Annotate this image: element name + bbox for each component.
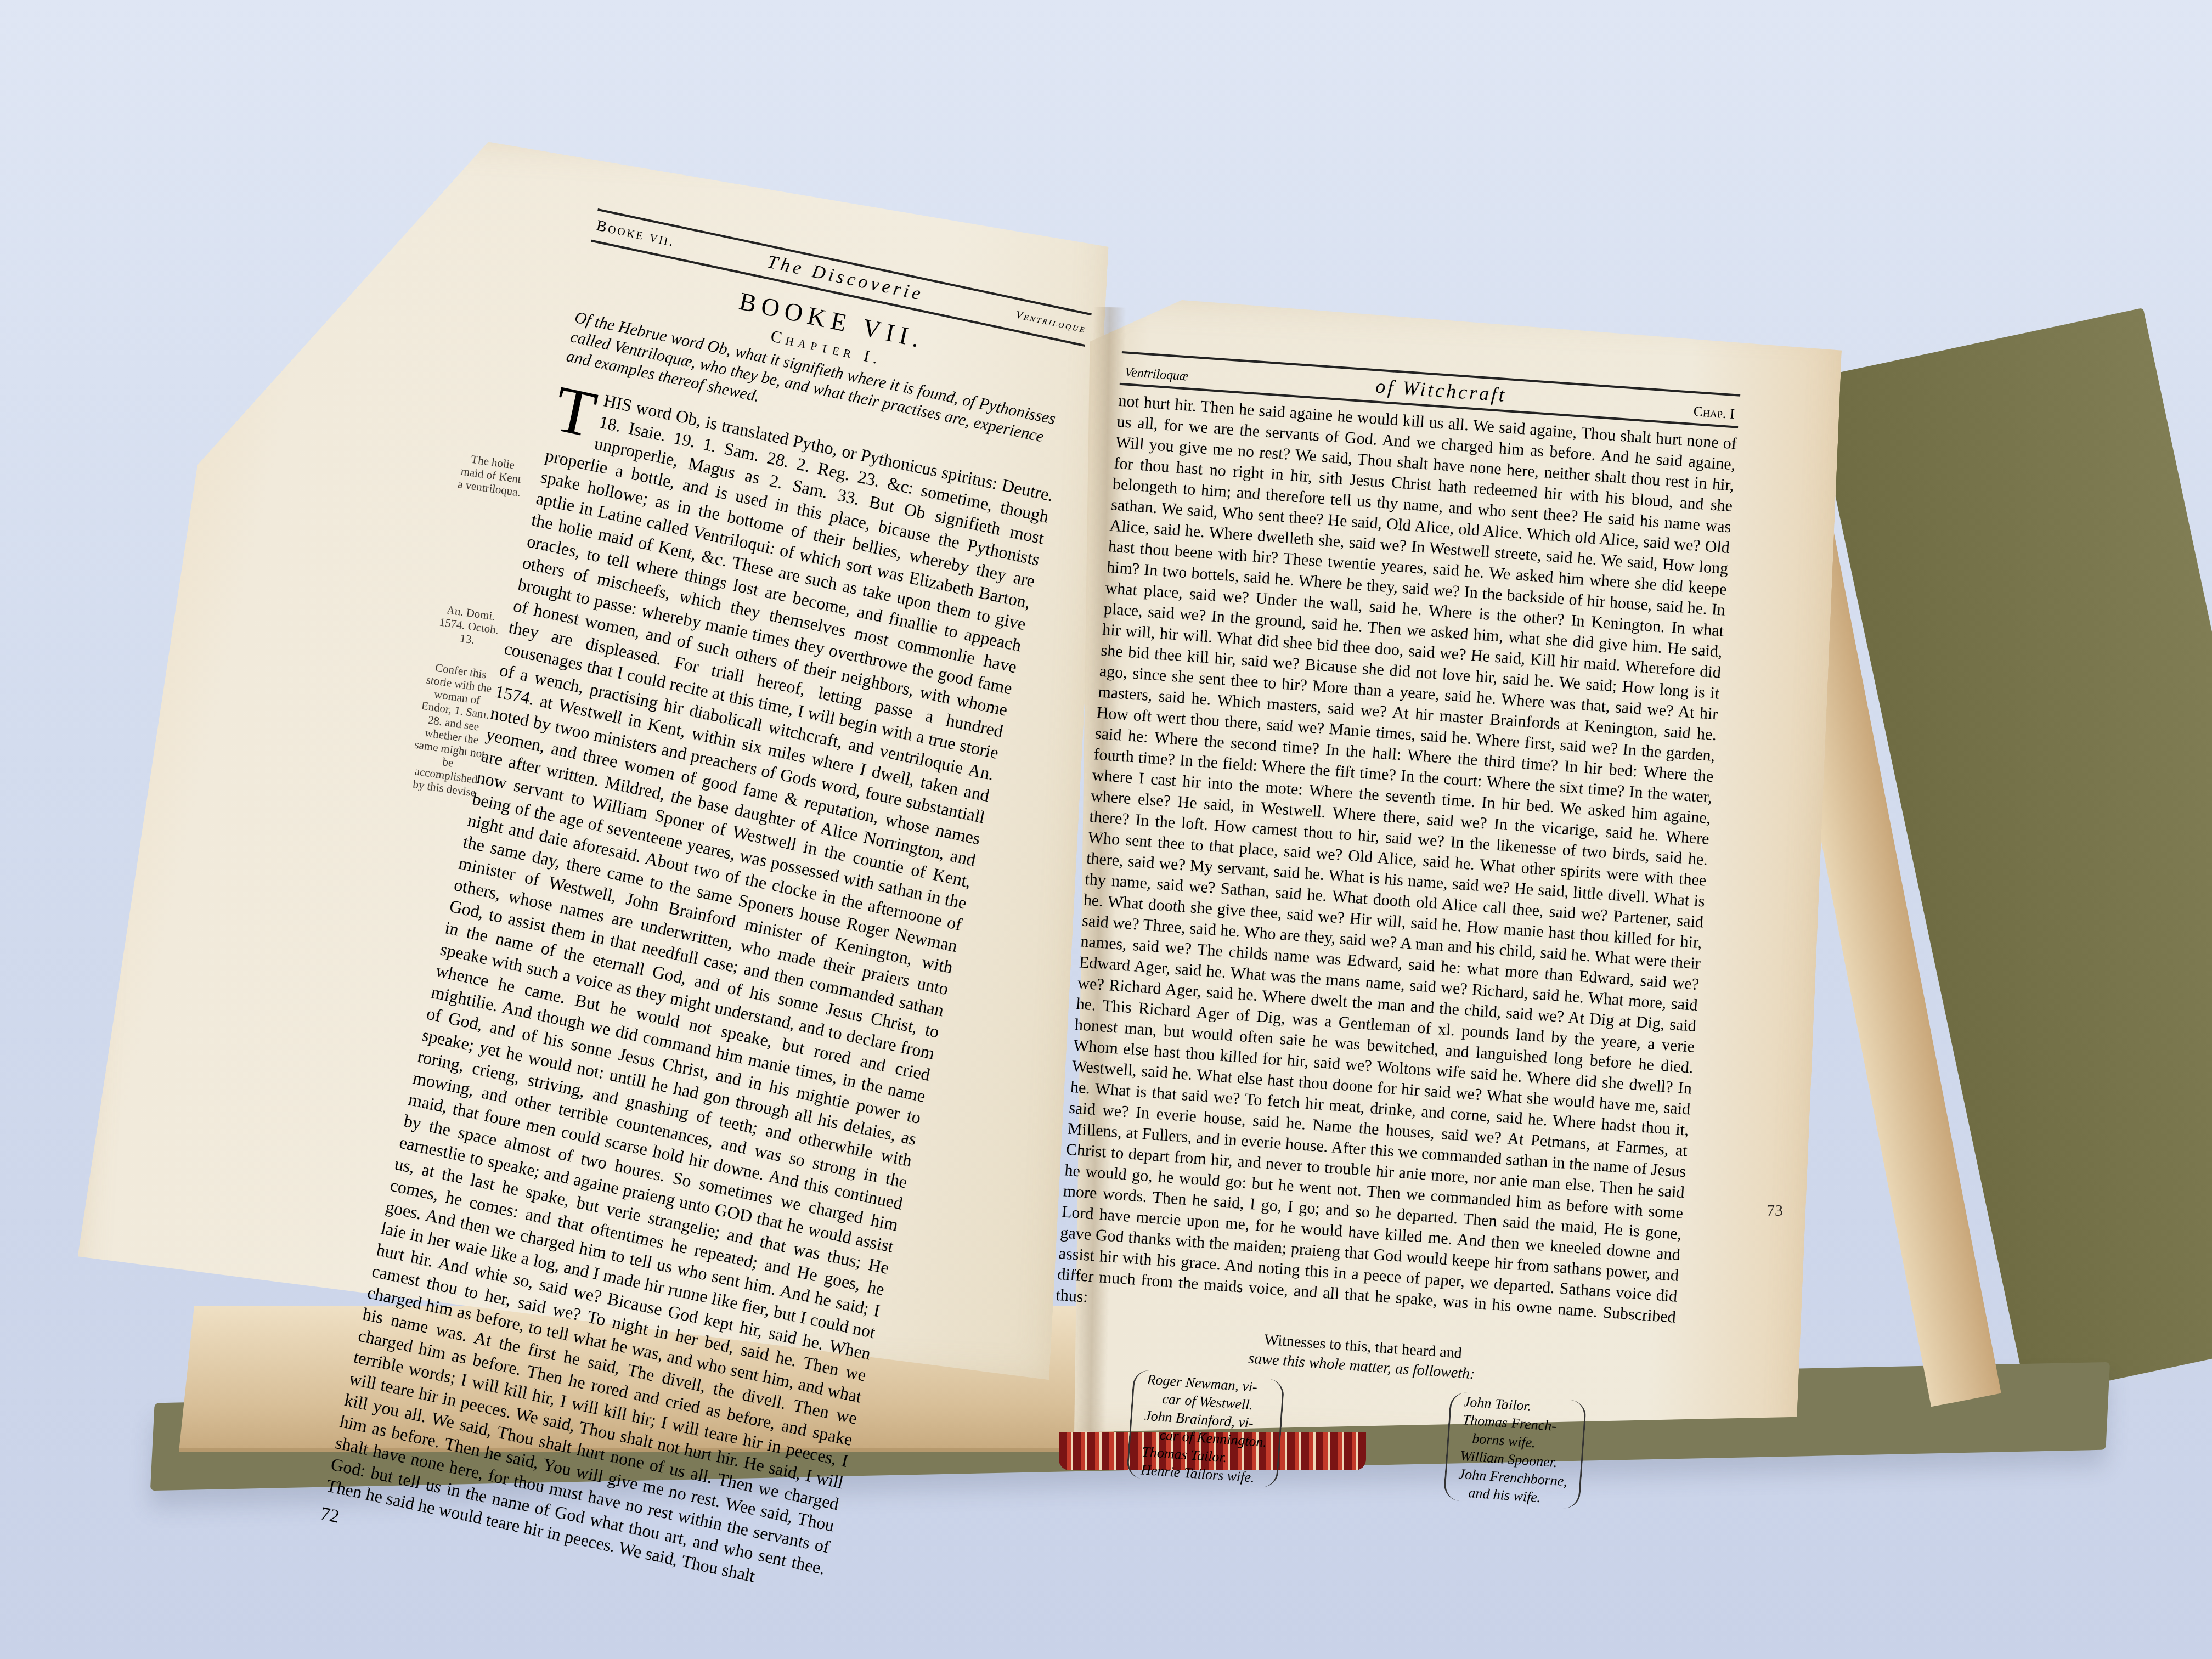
witness-column-left: Roger Newman, vi- car of Westwell. John … (1126, 1369, 1285, 1488)
photo-scene: The holie maid of Kent a ventriloqua. An… (0, 0, 2212, 1659)
right-page-body: not hurt hir. Then he said againe he wou… (1055, 391, 1737, 1349)
right-page-content: Ventriloquæ of Witchcraft Chap. I not hu… (1043, 351, 1740, 1515)
running-head-right: Chap. I (1693, 403, 1735, 422)
page-number-right: 73 (1767, 1201, 1783, 1220)
running-head-right: Ventriloque (1014, 308, 1087, 336)
running-head-left: Ventriloquæ (1124, 365, 1189, 384)
witness-column-right: John Tailor. Thomas French- borns wife. … (1443, 1391, 1587, 1509)
running-head-title: of Witchcraft (1375, 374, 1507, 407)
